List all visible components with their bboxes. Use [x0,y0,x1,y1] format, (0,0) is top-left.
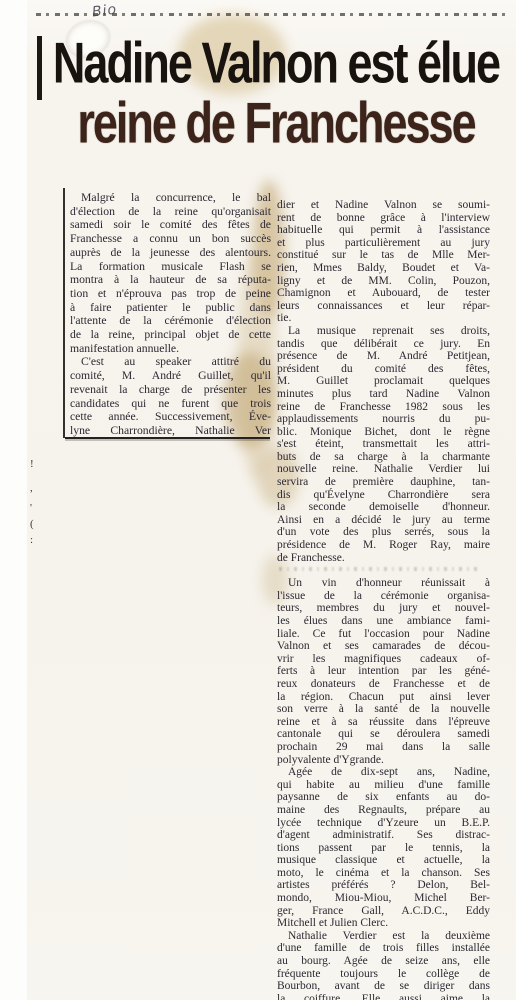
text-line: au bourg. Agée de seize ans, elle [277,955,490,968]
text-line: habituelle qui permit à l'assistance [277,224,490,237]
text-line: paysanne de six enfants au do- [277,791,490,804]
text-line: dis qu'Évelyne Charrondière sera [277,489,490,502]
text-line: constitué sur le tas de Mlle Mer- [277,249,490,262]
text-line: d'une famille de trois filles installée [277,942,490,955]
edge-fragment: ! [30,458,34,470]
text-line: s'est éteint, transmettait les attri- [277,438,490,451]
text-line: musique classique et actuelle, la [277,854,490,867]
text-line: maine des Regnaults, prépare au [277,804,490,817]
text-line: Ainsi en a décidé le jury au terme [277,514,490,527]
ghost-print-line [279,567,477,571]
headline-line-2: reine de Franchesse [40,90,512,157]
right-column: dier et Nadine Valnon se soumi-rent de b… [277,199,490,1000]
paragraph: Nathalie Verdier est la deuxièmed'une fa… [277,930,490,1000]
text-line: moto, le cinéma et la chanson. Ses [277,867,490,880]
text-line: applaudissements nourris du pu- [277,413,490,426]
edge-fragment: ( [30,518,34,530]
headline: Nadine Valnon est élue reine de Franches… [40,30,512,142]
text-line: Un vin d'honneur réunissait à [277,577,490,590]
text-line: polyvalente d'Ygrande. [277,754,490,767]
text-line: cette année. Successivement, Éve- [70,410,271,424]
text-line: liale. Ce fut l'occasion pour Nadine [277,628,490,641]
text-line: la seconde demoiselle d'honneur. [277,501,490,514]
text-line: Nathalie Verdier est la deuxième [277,930,490,943]
text-line: président du comité des fêtes, [277,363,490,376]
text-line: C'est au speaker attitré du [70,355,271,369]
newspaper-clipping-scan: Bio Nadine Valnon est élue reine de Fran… [0,0,516,1000]
text-line: mondo, Miou-Miou, Michel Ber- [277,892,490,905]
text-line: reine de Franchesse 1982 sous les [277,401,490,414]
text-line: d'un vote des plus serrés, sous la [277,526,490,539]
text-line: manifestation annuelle. [70,342,271,356]
text-line: nouvelle reine. Nathalie Verdier lui [277,463,490,476]
edge-fragment: : [30,534,33,546]
text-line: tandis que délibérait ce jury. En [277,338,490,351]
text-line: prochain 29 mai dans la salle [277,741,490,754]
text-line: présidence de M. Roger Ray, maire [277,539,490,552]
text-line: La formation musicale Flash se [70,260,271,274]
paragraph: Agée de dix-sept ans, Nadine,qui habite … [277,766,490,930]
text-line: fréquente toujours le collège de [277,968,490,981]
text-line: l'attente de la cérémonie d'élection [70,314,271,328]
text-line: rent de bonne grâce à l'interview [277,212,490,225]
text-line: minutes plus tard Nadine Valnon [277,388,490,401]
edge-fragment: ' [30,502,32,514]
scanner-margin [0,0,27,1000]
text-line: qui habite au milieu d'une famille [277,779,490,792]
text-line: blic. Monique Bichet, dont le règne [277,426,490,439]
text-line: leurs connaissances et leur répar- [277,300,490,313]
text-line: Valnon et ses camarades de décou- [277,640,490,653]
text-line: ger, France Gall, A.C.D.C., Eddy [277,905,490,918]
text-line: revenait la charge de présenter les [70,383,271,397]
paragraph: dier et Nadine Valnon se soumi-rent de b… [277,199,490,325]
text-line: Chamignon et Aubouard, de tester [277,287,490,300]
text-line: candidates qui ne furent que trois [70,397,271,411]
text-line: rien, Mmes Baldy, Boudet et Va- [277,262,490,275]
text-line: tions passent par le tennis, la [277,842,490,855]
text-line: buts de sa charge à la charmante [277,451,490,464]
paragraph: Malgré la concurrence, le bald'élection … [70,191,271,355]
left-column: Malgré la concurrence, le bald'élection … [70,191,271,438]
text-line: samedi soir le comité des fêtes de [70,218,271,232]
text-line: Malgré la concurrence, le bal [70,191,271,205]
text-line: tie. [277,312,490,325]
section-divider-rule [65,437,270,439]
text-line: l'issue de la cérémonie organisa- [277,590,490,603]
headline-line-1: Nadine Valnon est élue [40,30,512,97]
paragraph: La musique reprenait ses droits,tandis q… [277,325,490,564]
edge-fragment: , [30,482,33,494]
text-line: la région. Chacun put ainsi lever [277,691,490,704]
text-line: Mitchell et Julien Clerc. [277,917,490,930]
text-line: son verre à la santé de la nouvelle [277,703,490,716]
text-line: lyne Charrondière, Nathalie Ver [70,424,271,438]
text-line: artistes préférés ? Delon, Bel- [277,879,490,892]
text-line: reine et à sa réussite dans l'épreuve [277,716,490,729]
text-line: Franchesse a connu un bon succès [70,232,271,246]
text-line: à faire patienter le public dans [70,301,271,315]
text-line: d'agent administratif. Ses distrac- [277,829,490,842]
text-line: et plus particulièrement au jury [277,237,490,250]
text-line: comité, M. André Guillet, qu'il [70,369,271,383]
text-line: ligny et de MM. Colin, Pouzon, [277,275,490,288]
text-line: présence de M. André Petitjean, [277,350,490,363]
text-line: servira de première dauphine, tan- [277,476,490,489]
text-line: lycée technique d'Yzeure un B.E.P. [277,817,490,830]
text-line: de Franchesse. [277,552,490,565]
text-line: La musique reprenait ses droits, [277,325,490,338]
text-line: la coiffure. Elle aussi aime la [277,993,490,1000]
text-line: vrir les magnifiques cadeaux of- [277,653,490,666]
text-line: teurs, membres du jury et nouvel- [277,602,490,615]
text-line: les élues dans une ambiance fami- [277,615,490,628]
paragraph: Un vin d'honneur réunissait àl'issue de … [277,577,490,766]
text-line: de la reine, principal objet de cette [70,328,271,342]
text-line: montra à la hauteur de sa réputa- [70,273,271,287]
text-line: tion et n'éprouva pas trop de peine [70,287,271,301]
text-line: ferts à leur intention par les géné- [277,665,490,678]
paragraph: C'est au speaker attitré ducomité, M. An… [70,355,271,437]
text-line: reux donateurs de Franchesse et de [277,678,490,691]
text-line: d'élection de la reine qu'organisait [70,205,271,219]
left-column-rule [63,188,65,438]
text-line: Bourbon, avant de se diriger dans [277,980,490,993]
text-line: M. Guillet proclamait quelques [277,375,490,388]
text-line: auprès de la jeunesse des alentours. [70,246,271,260]
text-line: Agée de dix-sept ans, Nadine, [277,766,490,779]
text-line: cantonale qui se déroulera samedi [277,728,490,741]
text-line: dier et Nadine Valnon se soumi- [277,199,490,212]
handwritten-annotation: Bio [91,2,118,21]
